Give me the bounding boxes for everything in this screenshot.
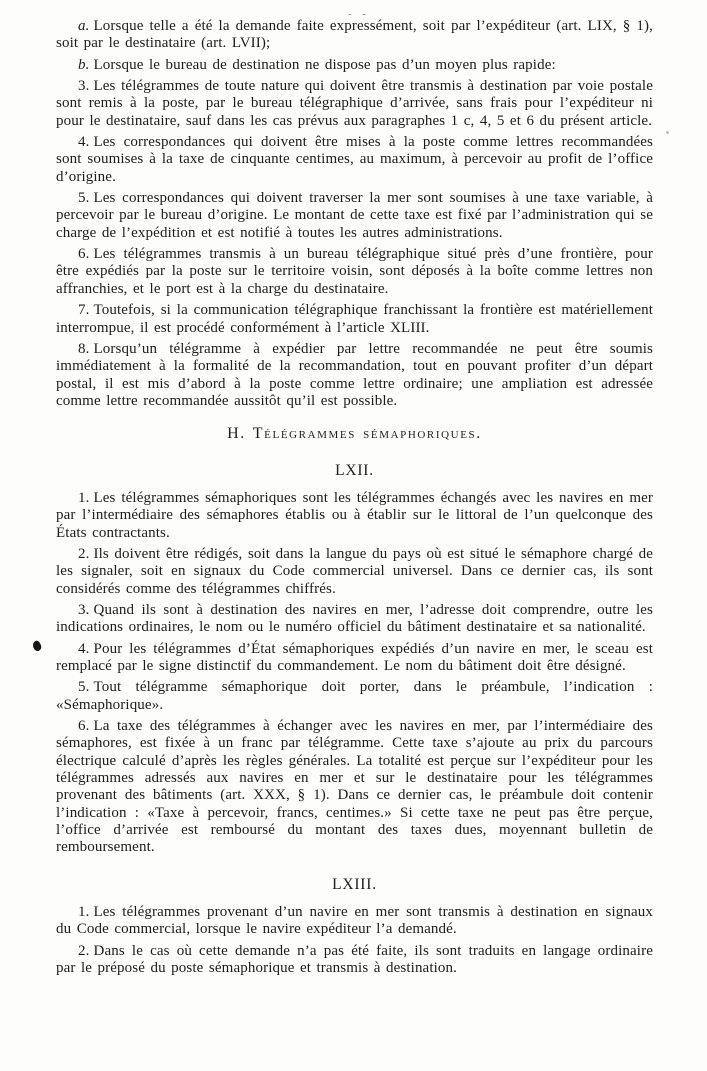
paragraph-label: 2.	[78, 546, 90, 562]
paragraph-label: 1.	[78, 904, 90, 920]
paragraph-text: Les télégrammes de toute nature qui doiv…	[56, 78, 653, 129]
paragraph-intro-7: 7.Toutefois, si la communication télégra…	[56, 302, 653, 337]
paragraph-label: 5.	[78, 190, 90, 206]
paragraph-intro-6: 6.Les télégrammes transmis à un bureau t…	[56, 246, 653, 298]
paragraph-label: 3.	[78, 602, 90, 618]
paragraph-label: 4.	[78, 134, 90, 150]
paragraph-label: a.	[78, 18, 90, 34]
paragraph-label: 3.	[78, 78, 90, 94]
paragraph-lxii-3: 3.Quand ils sont à destination des navir…	[56, 602, 653, 637]
paragraph-label: 5.	[78, 679, 90, 695]
paragraph-intro-8: 8.Lorsqu’un télégramme à expédier par le…	[56, 341, 653, 410]
paragraph-text: Dans le cas où cette demande n’a pas été…	[56, 943, 653, 976]
paragraph-text: Lorsque telle a été la demande faite exp…	[56, 18, 653, 51]
paragraph-text: Les télégrammes sémaphoriques sont les t…	[56, 490, 653, 541]
ink-spot-artifact	[31, 640, 43, 653]
paragraph-label: 1.	[78, 490, 90, 506]
paragraph-label: 6.	[78, 718, 90, 734]
paragraph-text: Ils doivent être rédigés, soit dans la l…	[56, 546, 653, 597]
paragraph-lxii-1: 1.Les télégrammes sémaphoriques sont les…	[56, 490, 653, 542]
paragraph-label: 2.	[78, 943, 90, 959]
paragraph-intro-3: 3.Les télégrammes de toute nature qui do…	[56, 78, 653, 130]
paragraph-text: La taxe des télégrammes à échanger avec …	[56, 718, 653, 855]
paragraph-label: b.	[78, 57, 90, 73]
article-heading-lxii: LXII.	[56, 462, 653, 479]
paragraph-label: 8.	[78, 341, 90, 357]
paragraph-intro-5: 5.Les correspondances qui doivent traver…	[56, 190, 653, 242]
paragraph-lxii-2: 2.Ils doivent être rédigés, soit dans la…	[56, 546, 653, 598]
paragraph-text: Les télégrammes transmis à un bureau tél…	[56, 246, 653, 297]
paragraph-label: 6.	[78, 246, 90, 262]
scan-speck	[666, 131, 669, 134]
paragraph-lxii-4: 4.Pour les télégrammes d’État sémaphoriq…	[56, 641, 653, 676]
paragraph-text: Pour les télégrammes d’État sémaphorique…	[56, 641, 653, 674]
paragraph-text: Tout télégramme sémaphorique doit porter…	[56, 679, 653, 712]
paragraph-text: Lorsque le bureau de destination ne disp…	[94, 57, 556, 73]
paragraph-text: Les correspondances qui doivent traverse…	[56, 190, 653, 241]
paragraph-text: Quand ils sont à destination des navires…	[56, 602, 653, 635]
paragraph-text: Les télégrammes provenant d’un navire en…	[56, 904, 653, 937]
paragraph-text: Lorsqu’un télégramme à expédier par lett…	[56, 341, 653, 409]
text-block: a.Lorsque telle a été la demande faite e…	[56, 18, 653, 978]
paragraph-label: 7.	[78, 302, 90, 318]
scanned-document-page: - - a.Lorsque telle a été la demande fai…	[0, 0, 707, 1071]
paragraph-lxiii-1: 1.Les télégrammes provenant d’un navire …	[56, 904, 653, 939]
paragraph-lxii-5: 5.Tout télégramme sémaphorique doit port…	[56, 679, 653, 714]
section-heading-semaphoric-telegrams: H. Télégrammes sémaphoriques.	[56, 425, 653, 442]
paragraph-intro-4: 4.Les correspondances qui doivent être m…	[56, 134, 653, 186]
paragraph-lxii-6: 6.La taxe des télégrammes à échanger ave…	[56, 718, 653, 857]
paragraph-intro-b: b.Lorsque le bureau de destination ne di…	[56, 57, 653, 74]
paragraph-label: 4.	[78, 641, 90, 657]
paragraph-lxiii-2: 2.Dans le cas où cette demande n’a pas é…	[56, 943, 653, 978]
article-heading-lxiii: LXIII.	[56, 876, 653, 893]
paragraph-text: Les correspondances qui doivent être mis…	[56, 134, 653, 185]
paragraph-text: Toutefois, si la communication télégraph…	[56, 302, 653, 335]
paragraph-intro-a: a.Lorsque telle a été la demande faite e…	[56, 18, 653, 53]
